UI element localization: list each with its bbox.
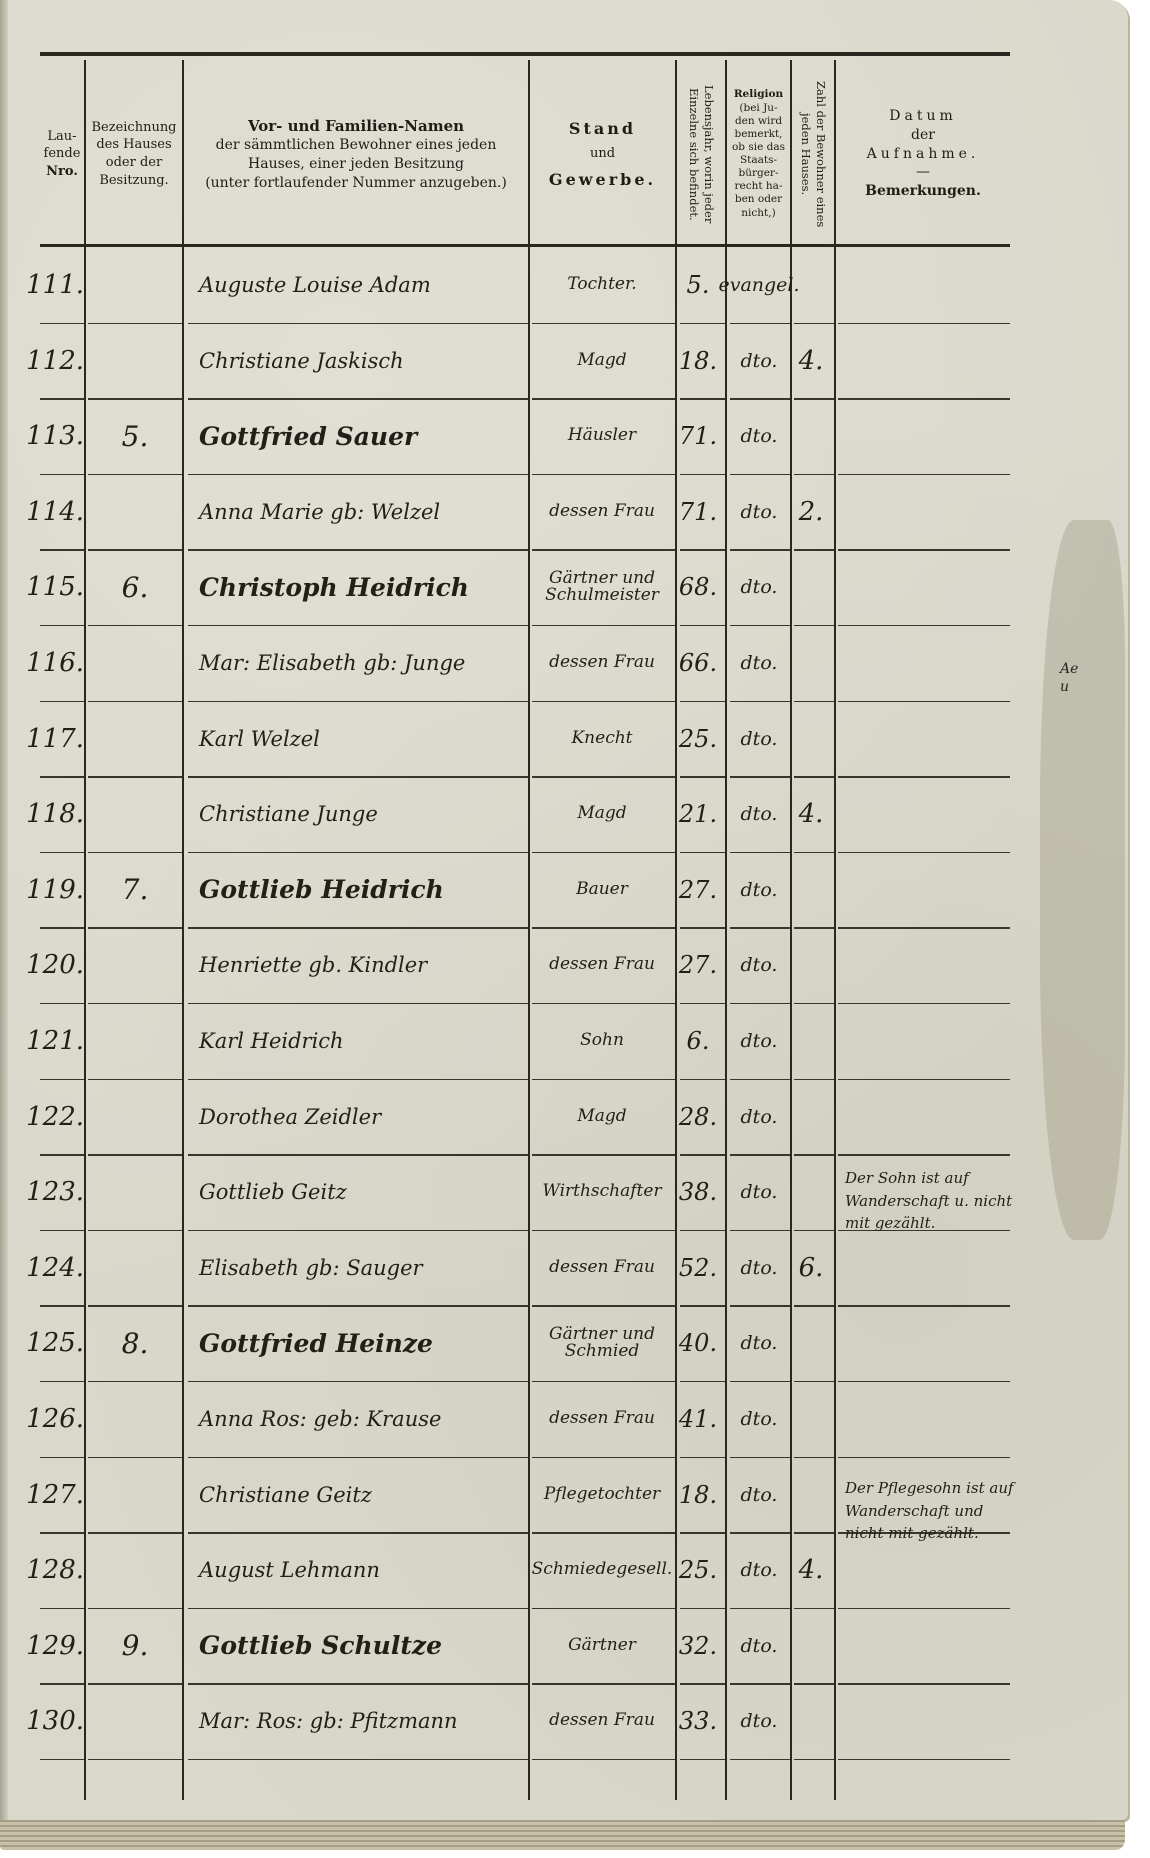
household-count bbox=[792, 1156, 830, 1228]
household-count bbox=[792, 1081, 830, 1153]
resident-name: Christiane Junge bbox=[185, 778, 539, 850]
religion: dto. bbox=[730, 1459, 788, 1531]
register-page: Lau- fende Nro. Bezeichnung des Hauses o… bbox=[0, 0, 1128, 1820]
page-binding bbox=[0, 0, 8, 1820]
header-namen: Vor- und Familien-Namen der sämmtlichen … bbox=[184, 64, 528, 244]
table-row: 112.Christiane JaskischMagd18.dto.4. bbox=[40, 325, 1010, 400]
household-count: 2. bbox=[792, 476, 830, 548]
table-row: 126.Anna Ros: geb: Krausedessen Frau41.d… bbox=[40, 1383, 1010, 1458]
row-number: 122. bbox=[40, 1081, 88, 1153]
house-number bbox=[90, 703, 180, 775]
resident-name: Karl Welzel bbox=[185, 703, 539, 775]
house-number bbox=[90, 778, 180, 850]
resident-name: Elisabeth gb: Sauger bbox=[185, 1232, 539, 1304]
row-number: 114. bbox=[40, 476, 88, 548]
top-rule bbox=[40, 52, 1010, 56]
page-stack-edge bbox=[0, 1820, 1125, 1850]
religion: dto. bbox=[730, 1383, 788, 1455]
row-number: 117. bbox=[40, 703, 88, 775]
religion: dto. bbox=[730, 778, 788, 850]
age: 38. bbox=[678, 1156, 718, 1228]
resident-name: Mar: Ros: gb: Pfitzmann bbox=[185, 1685, 539, 1757]
age: 71. bbox=[678, 476, 718, 548]
occupation: Bauer bbox=[532, 854, 672, 926]
religion: evangel. bbox=[730, 249, 788, 321]
row-number: 124. bbox=[40, 1232, 88, 1304]
row-number: 123. bbox=[40, 1156, 88, 1228]
water-stain bbox=[1040, 520, 1125, 1240]
age: 33. bbox=[678, 1685, 718, 1757]
religion: dto. bbox=[730, 1534, 788, 1606]
row-number: 120. bbox=[40, 929, 88, 1001]
table-row: 114.Anna Marie gb: Welzeldessen Frau71.d… bbox=[40, 476, 1010, 551]
house-number: 5. bbox=[90, 400, 180, 472]
resident-name: Karl Heidrich bbox=[185, 1005, 539, 1077]
table-row: 122.Dorothea ZeidlerMagd28.dto. bbox=[40, 1081, 1010, 1156]
house-number bbox=[90, 1232, 180, 1304]
household-count bbox=[792, 1307, 830, 1379]
table-row: 124.Elisabeth gb: Saugerdessen Frau52.dt… bbox=[40, 1232, 1010, 1307]
household-count: 4. bbox=[792, 325, 830, 397]
row-rule bbox=[188, 1759, 528, 1761]
house-number bbox=[90, 1685, 180, 1757]
religion: dto. bbox=[730, 1685, 788, 1757]
occupation: dessen Frau bbox=[532, 929, 672, 1001]
table-row: 121.Karl HeidrichSohn6.dto. bbox=[40, 1005, 1010, 1080]
row-rule bbox=[680, 1759, 725, 1761]
header-lebensjahr: Lebensjahr, worin jeder Einzelne sich be… bbox=[677, 64, 725, 244]
header-zahl-bewohner: Zahl der Bewohner eines jeden Hauses. bbox=[792, 64, 834, 244]
table-row: 130.Mar: Ros: gb: Pfitzmanndessen Frau33… bbox=[40, 1685, 1010, 1760]
household-count bbox=[792, 1610, 830, 1682]
resident-name: Gottlieb Heidrich bbox=[185, 854, 539, 926]
occupation: Gärtner und Schmied bbox=[532, 1307, 672, 1379]
row-rule bbox=[730, 1759, 790, 1761]
margin-note: Ae u bbox=[1060, 660, 1078, 696]
resident-name: Christoph Heidrich bbox=[185, 551, 539, 623]
resident-name: Christiane Geitz bbox=[185, 1459, 539, 1531]
age: 6. bbox=[678, 1005, 718, 1077]
occupation: Wirthschafter bbox=[532, 1156, 672, 1228]
table-row: 125.8.Gottfried HeinzeGärtner und Schmie… bbox=[40, 1307, 1010, 1382]
row-rule bbox=[88, 1759, 182, 1761]
row-number: 115. bbox=[40, 551, 88, 623]
age: 18. bbox=[678, 325, 718, 397]
header-stand-gewerbe: Stand und Gewerbe. bbox=[530, 64, 675, 244]
resident-name: Gottfried Sauer bbox=[185, 400, 539, 472]
occupation: dessen Frau bbox=[532, 1685, 672, 1757]
row-rule bbox=[532, 1759, 675, 1761]
occupation: Knecht bbox=[532, 703, 672, 775]
house-number bbox=[90, 249, 180, 321]
house-number: 6. bbox=[90, 551, 180, 623]
household-count bbox=[792, 551, 830, 623]
row-number: 119. bbox=[40, 854, 88, 926]
age: 5. bbox=[678, 249, 718, 321]
religion: dto. bbox=[730, 1610, 788, 1682]
table-row: 119.7.Gottlieb HeidrichBauer27.dto. bbox=[40, 854, 1010, 929]
house-number bbox=[90, 1156, 180, 1228]
resident-name: Anna Ros: geb: Krause bbox=[185, 1383, 539, 1455]
age: 25. bbox=[678, 703, 718, 775]
occupation: Sohn bbox=[532, 1005, 672, 1077]
religion: dto. bbox=[730, 703, 788, 775]
age: 41. bbox=[678, 1383, 718, 1455]
house-number bbox=[90, 476, 180, 548]
age: 66. bbox=[678, 627, 718, 699]
age: 18. bbox=[678, 1459, 718, 1531]
age: 21. bbox=[678, 778, 718, 850]
row-number: 112. bbox=[40, 325, 88, 397]
age: 32. bbox=[678, 1610, 718, 1682]
religion: dto. bbox=[730, 400, 788, 472]
occupation: dessen Frau bbox=[532, 627, 672, 699]
resident-name: Christiane Jaskisch bbox=[185, 325, 539, 397]
row-number: 130. bbox=[40, 1685, 88, 1757]
resident-name: Mar: Elisabeth gb: Junge bbox=[185, 627, 539, 699]
house-number bbox=[90, 929, 180, 1001]
row-rule bbox=[794, 1759, 834, 1761]
occupation: Magd bbox=[532, 1081, 672, 1153]
occupation: dessen Frau bbox=[532, 1232, 672, 1304]
occupation: Gärtner und Schulmeister bbox=[532, 551, 672, 623]
table-row: 115.6.Christoph HeidrichGärtner und Schu… bbox=[40, 551, 1010, 626]
table-row: 129.9.Gottlieb SchultzeGärtner32.dto. bbox=[40, 1610, 1010, 1685]
table-row: 128.August LehmannSchmiedegesell.25.dto.… bbox=[40, 1534, 1010, 1609]
remark-note: Der Sohn ist auf Wanderschaft u. nicht m… bbox=[845, 1167, 1015, 1235]
row-number: 128. bbox=[40, 1534, 88, 1606]
resident-name: Gottlieb Schultze bbox=[185, 1610, 539, 1682]
household-count bbox=[792, 1685, 830, 1757]
religion: dto. bbox=[730, 1307, 788, 1379]
resident-name: Gottfried Heinze bbox=[185, 1307, 539, 1379]
occupation: Schmiedegesell. bbox=[532, 1534, 672, 1606]
household-count: 6. bbox=[792, 1232, 830, 1304]
house-number bbox=[90, 1005, 180, 1077]
header-religion: Religion (bei Ju- den wird bemerkt, ob s… bbox=[727, 64, 790, 244]
resident-name: Gottlieb Geitz bbox=[185, 1156, 539, 1228]
house-number bbox=[90, 1459, 180, 1531]
religion: dto. bbox=[730, 1156, 788, 1228]
header-datum-bemerkungen: Datum der Aufnahme. — Bemerkungen. bbox=[836, 64, 1010, 244]
house-number: 7. bbox=[90, 854, 180, 926]
row-number: 113. bbox=[40, 400, 88, 472]
occupation: Häusler bbox=[532, 400, 672, 472]
house-number: 9. bbox=[90, 1610, 180, 1682]
age: 52. bbox=[678, 1232, 718, 1304]
header-bezeichnung-hauses: Bezeichnung des Hauses oder der Besitzun… bbox=[86, 64, 182, 244]
religion: dto. bbox=[730, 325, 788, 397]
resident-name: August Lehmann bbox=[185, 1534, 539, 1606]
house-number bbox=[90, 325, 180, 397]
row-number: 129. bbox=[40, 1610, 88, 1682]
religion: dto. bbox=[730, 627, 788, 699]
religion: dto. bbox=[730, 929, 788, 1001]
household-count bbox=[792, 627, 830, 699]
row-number: 127. bbox=[40, 1459, 88, 1531]
row-rule bbox=[838, 1759, 1010, 1761]
resident-name: Auguste Louise Adam bbox=[185, 249, 539, 321]
age: 68. bbox=[678, 551, 718, 623]
house-number bbox=[90, 1534, 180, 1606]
row-number: 121. bbox=[40, 1005, 88, 1077]
occupation: Tochter. bbox=[532, 249, 672, 321]
table-row: 111.Auguste Louise AdamTochter.5.evangel… bbox=[40, 249, 1010, 324]
religion: dto. bbox=[730, 551, 788, 623]
occupation: Magd bbox=[532, 325, 672, 397]
row-number: 116. bbox=[40, 627, 88, 699]
resident-name: Dorothea Zeidler bbox=[185, 1081, 539, 1153]
table-row: 117.Karl WelzelKnecht25.dto. bbox=[40, 703, 1010, 778]
age: 40. bbox=[678, 1307, 718, 1379]
household-count bbox=[792, 400, 830, 472]
age: 27. bbox=[678, 854, 718, 926]
household-count bbox=[792, 1459, 830, 1531]
table-row: 120.Henriette gb. Kindlerdessen Frau27.d… bbox=[40, 929, 1010, 1004]
household-count bbox=[792, 703, 830, 775]
table-row: 118.Christiane JungeMagd21.dto.4. bbox=[40, 778, 1010, 853]
household-count: 4. bbox=[792, 778, 830, 850]
household-count: 4. bbox=[792, 1534, 830, 1606]
household-count bbox=[792, 929, 830, 1001]
row-rule bbox=[40, 1759, 84, 1761]
religion: dto. bbox=[730, 1005, 788, 1077]
religion: dto. bbox=[730, 1232, 788, 1304]
household-count bbox=[792, 249, 830, 321]
household-count bbox=[792, 1005, 830, 1077]
row-number: 125. bbox=[40, 1307, 88, 1379]
resident-name: Henriette gb. Kindler bbox=[185, 929, 539, 1001]
row-number: 126. bbox=[40, 1383, 88, 1455]
table-row: 116.Mar: Elisabeth gb: Jungedessen Frau6… bbox=[40, 627, 1010, 702]
household-count bbox=[792, 854, 830, 926]
household-count bbox=[792, 1383, 830, 1455]
row-number: 111. bbox=[40, 249, 88, 321]
table-row: 113.5.Gottfried SauerHäusler71.dto. bbox=[40, 400, 1010, 475]
religion: dto. bbox=[730, 1081, 788, 1153]
age: 25. bbox=[678, 1534, 718, 1606]
resident-name: Anna Marie gb: Welzel bbox=[185, 476, 539, 548]
age: 71. bbox=[678, 400, 718, 472]
occupation: Gärtner bbox=[532, 1610, 672, 1682]
occupation: Pflegetochter bbox=[532, 1459, 672, 1531]
occupation: Magd bbox=[532, 778, 672, 850]
remark-note: Der Pflegesohn ist auf Wanderschaft und … bbox=[845, 1477, 1015, 1545]
house-number bbox=[90, 1383, 180, 1455]
age: 27. bbox=[678, 929, 718, 1001]
occupation: dessen Frau bbox=[532, 476, 672, 548]
row-number: 118. bbox=[40, 778, 88, 850]
age: 28. bbox=[678, 1081, 718, 1153]
religion: dto. bbox=[730, 476, 788, 548]
house-number: 8. bbox=[90, 1307, 180, 1379]
house-number bbox=[90, 627, 180, 699]
occupation: dessen Frau bbox=[532, 1383, 672, 1455]
header-rule bbox=[40, 244, 1010, 247]
header-laufende-nro: Lau- fende Nro. bbox=[40, 64, 84, 244]
religion: dto. bbox=[730, 854, 788, 926]
house-number bbox=[90, 1081, 180, 1153]
